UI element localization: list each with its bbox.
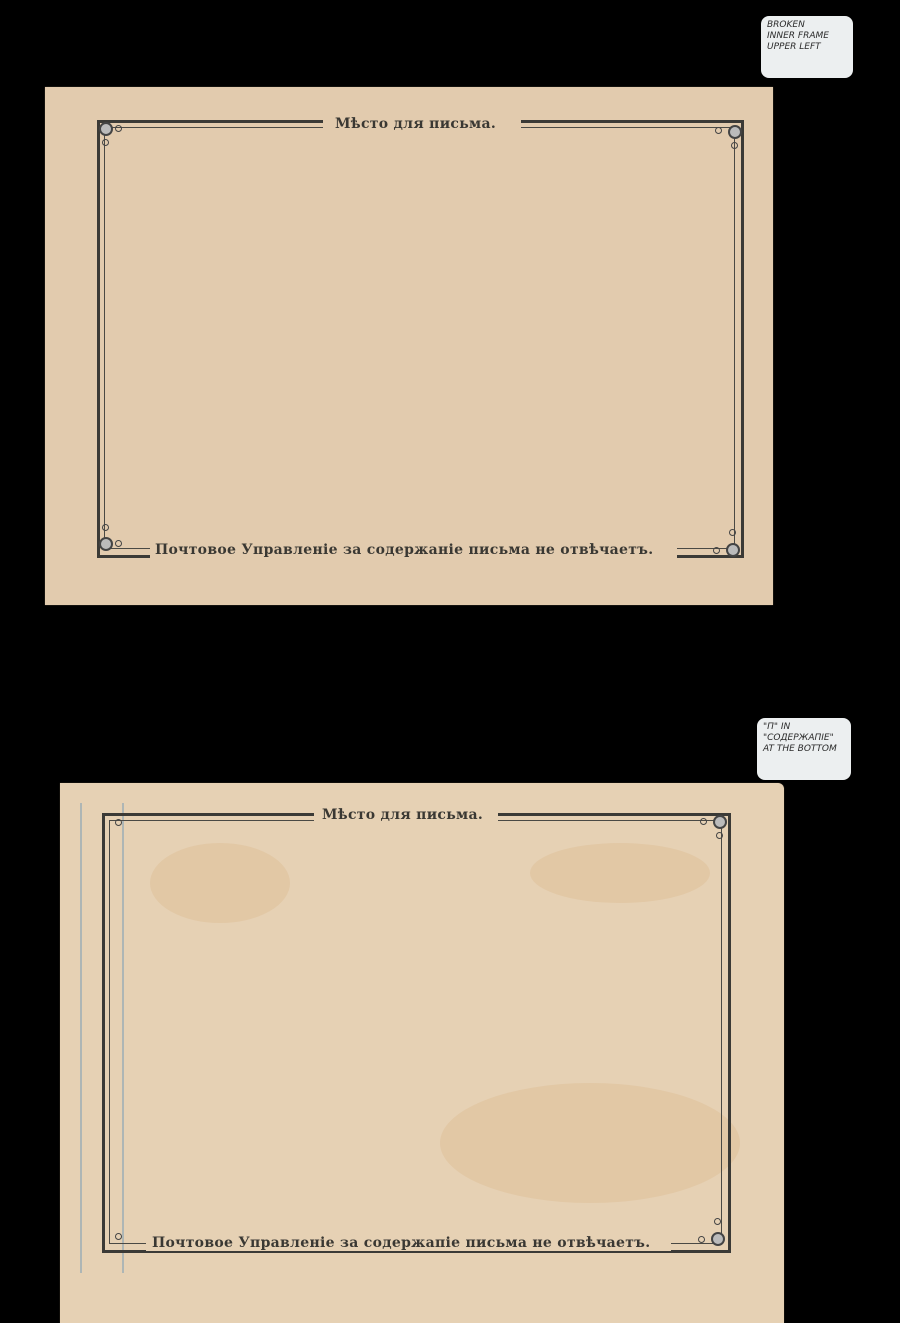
corner-ornament-icon <box>714 1218 721 1225</box>
corner-ornament-icon <box>102 524 109 531</box>
corner-ornament-icon <box>728 125 742 139</box>
corner-ornament-icon <box>99 537 113 551</box>
corner-ornament-icon <box>726 543 740 557</box>
card-bottom-caption: Почтовое Управленіе за содержапіе письма… <box>152 1235 650 1251</box>
card-top-caption: Мѣсто для письма. <box>335 116 496 132</box>
corner-ornament-icon <box>716 832 723 839</box>
annotation-note-1: BROKEN INNER FRAME UPPER LEFT <box>761 16 853 78</box>
corner-ornament-icon <box>729 529 736 536</box>
postal-card-1: Мѣсто для письма. Почтовое Управленіе за… <box>45 87 773 605</box>
corner-ornament-icon <box>99 122 113 136</box>
card-bottom-caption: Почтовое Управленіе за содержаніе письма… <box>155 542 653 558</box>
corner-ornament-icon <box>102 139 109 146</box>
corner-ornament-icon <box>700 818 707 825</box>
corner-ornament-icon <box>115 540 122 547</box>
corner-ornament-icon <box>115 1233 122 1240</box>
inner-frame <box>109 820 722 1244</box>
corner-ornament-icon <box>115 819 122 826</box>
corner-ornament-icon <box>711 1232 725 1246</box>
corner-ornament-icon <box>713 815 727 829</box>
corner-ornament-icon <box>731 142 738 149</box>
corner-ornament-icon <box>698 1236 705 1243</box>
corner-ornament-icon <box>715 127 722 134</box>
postal-card-2: Мѣсто для письма. Почтовое Управленіе за… <box>60 783 784 1323</box>
annotation-note-2: "П" IN "СОДЕРЖАПІЕ" AT THE BOTTOM <box>757 718 851 780</box>
corner-ornament-icon <box>713 547 720 554</box>
card-top-caption: Мѣсто для письма. <box>322 807 483 823</box>
inner-frame <box>104 127 735 549</box>
corner-ornament-icon <box>115 125 122 132</box>
